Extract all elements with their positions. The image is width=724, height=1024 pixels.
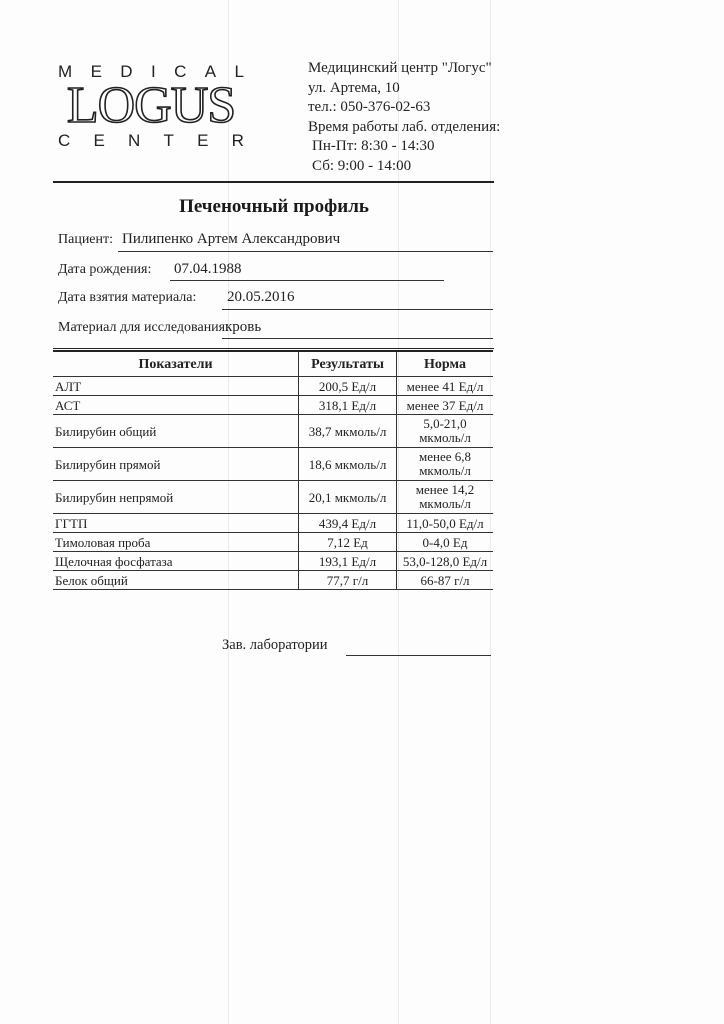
results-table: Показатели Результаты Норма АЛТ200,5 Ед/… [53, 350, 493, 590]
table-row: Билирубин непрямой20,1 мкмоль/лменее 14,… [53, 481, 493, 514]
clinic-phone: тел.: 050-376-02-63 [308, 98, 500, 118]
result-value: 193,1 Ед/л [299, 552, 397, 571]
indicator-name: Белок общий [53, 571, 299, 590]
header-norm: Норма [397, 351, 494, 377]
patient-name: Пилипенко Артем Александрович [122, 231, 340, 248]
indicator-name: АЛТ [53, 377, 299, 396]
logo-bottom-letter: T [164, 131, 174, 151]
signature-label: Зав. лаборатории [222, 637, 328, 654]
result-value: 200,5 Ед/л [299, 377, 397, 396]
result-value: 318,1 Ед/л [299, 396, 397, 415]
norm-value: 53,0-128,0 Ед/л [397, 552, 494, 571]
table-row: АСТ318,1 Ед/лменее 37 Ед/л [53, 396, 493, 415]
material-value: кровь [225, 319, 261, 336]
clinic-address: ул. Артема, 10 [308, 79, 500, 99]
result-value: 20,1 мкмоль/л [299, 481, 397, 514]
result-value: 7,12 Ед [299, 533, 397, 552]
dob-field: Дата рождения: 07.04.1988 [58, 262, 151, 278]
sample-date-underline [222, 309, 493, 310]
sample-date-label: Дата взятия материала: [58, 290, 196, 305]
patient-field: Пациент: Пилипенко Артем Александрович [58, 232, 113, 248]
result-value: 38,7 мкмоль/л [299, 415, 397, 448]
header-result: Результаты [299, 351, 397, 377]
table-row: АЛТ200,5 Ед/лменее 41 Ед/л [53, 377, 493, 396]
indicator-name: Билирубин непрямой [53, 481, 299, 514]
sample-date-value: 20.05.2016 [227, 289, 295, 306]
table-row: Билирубин общий38,7 мкмоль/л5,0-21,0 мкм… [53, 415, 493, 448]
logo-bottom-letter: R [232, 131, 244, 151]
indicator-name: ГГТП [53, 514, 299, 533]
patient-underline [118, 251, 493, 252]
dob-underline [170, 280, 444, 281]
norm-value: 5,0-21,0 мкмоль/л [397, 415, 494, 448]
dob-value: 07.04.1988 [174, 261, 242, 278]
indicator-name: Тимоловая проба [53, 533, 299, 552]
norm-value: менее 37 Ед/л [397, 396, 494, 415]
indicator-name: Билирубин общий [53, 415, 299, 448]
table-row: Щелочная фосфатаза193,1 Ед/л53,0-128,0 Е… [53, 552, 493, 571]
logo: MEDICAL LOGUS CENTER [58, 62, 244, 151]
patient-label: Пациент: [58, 232, 113, 247]
logo-bottom: CENTER [58, 131, 244, 151]
clinic-info: Медицинский центр "Логус" ул. Артема, 10… [308, 59, 500, 176]
dob-label: Дата рождения: [58, 262, 151, 277]
table-row: Тимоловая проба7,12 Ед0-4,0 Ед [53, 533, 493, 552]
clinic-name: Медицинский центр "Логус" [308, 59, 500, 79]
material-field: Материал для исследования: кровь [58, 320, 229, 336]
table-row: ГГТП439,4 Ед/л11,0-50,0 Ед/л [53, 514, 493, 533]
logo-main: LOGUS [58, 84, 244, 128]
header-indicator: Показатели [53, 351, 299, 377]
indicator-name: Билирубин прямой [53, 448, 299, 481]
signature-line [346, 655, 491, 656]
norm-value: 11,0-50,0 Ед/л [397, 514, 494, 533]
clinic-hours-saturday: Сб: 9:00 - 14:00 [308, 157, 500, 177]
material-label: Материал для исследования: [58, 320, 229, 335]
material-underline [222, 338, 493, 339]
table-row: Билирубин прямой18,6 мкмоль/лменее 6,8 м… [53, 448, 493, 481]
sample-date-field: Дата взятия материала: 20.05.2016 [58, 290, 196, 306]
clinic-hours-label: Время работы лаб. отделения: [308, 118, 500, 138]
result-value: 77,7 г/л [299, 571, 397, 590]
logo-bottom-letter: C [58, 131, 70, 151]
logo-top-letter: L [235, 62, 244, 82]
table-top-divider [53, 348, 494, 349]
norm-value: 0-4,0 Ед [397, 533, 494, 552]
indicator-name: АСТ [53, 396, 299, 415]
logo-bottom-letter: E [197, 131, 208, 151]
indicator-name: Щелочная фосфатаза [53, 552, 299, 571]
table-row: Белок общий77,7 г/л66-87 г/л [53, 571, 493, 590]
norm-value: менее 41 Ед/л [397, 377, 494, 396]
document-title: Печеночный профиль [0, 196, 548, 218]
clinic-hours-weekdays: Пн-Пт: 8:30 - 14:30 [308, 137, 500, 157]
norm-value: 66-87 г/л [397, 571, 494, 590]
result-value: 439,4 Ед/л [299, 514, 397, 533]
norm-value: менее 14,2 мкмоль/л [397, 481, 494, 514]
result-value: 18,6 мкмоль/л [299, 448, 397, 481]
logo-bottom-letter: E [93, 131, 104, 151]
norm-value: менее 6,8 мкмоль/л [397, 448, 494, 481]
logo-bottom-letter: N [128, 131, 140, 151]
header-divider [53, 181, 494, 183]
table-header-row: Показатели Результаты Норма [53, 351, 493, 377]
